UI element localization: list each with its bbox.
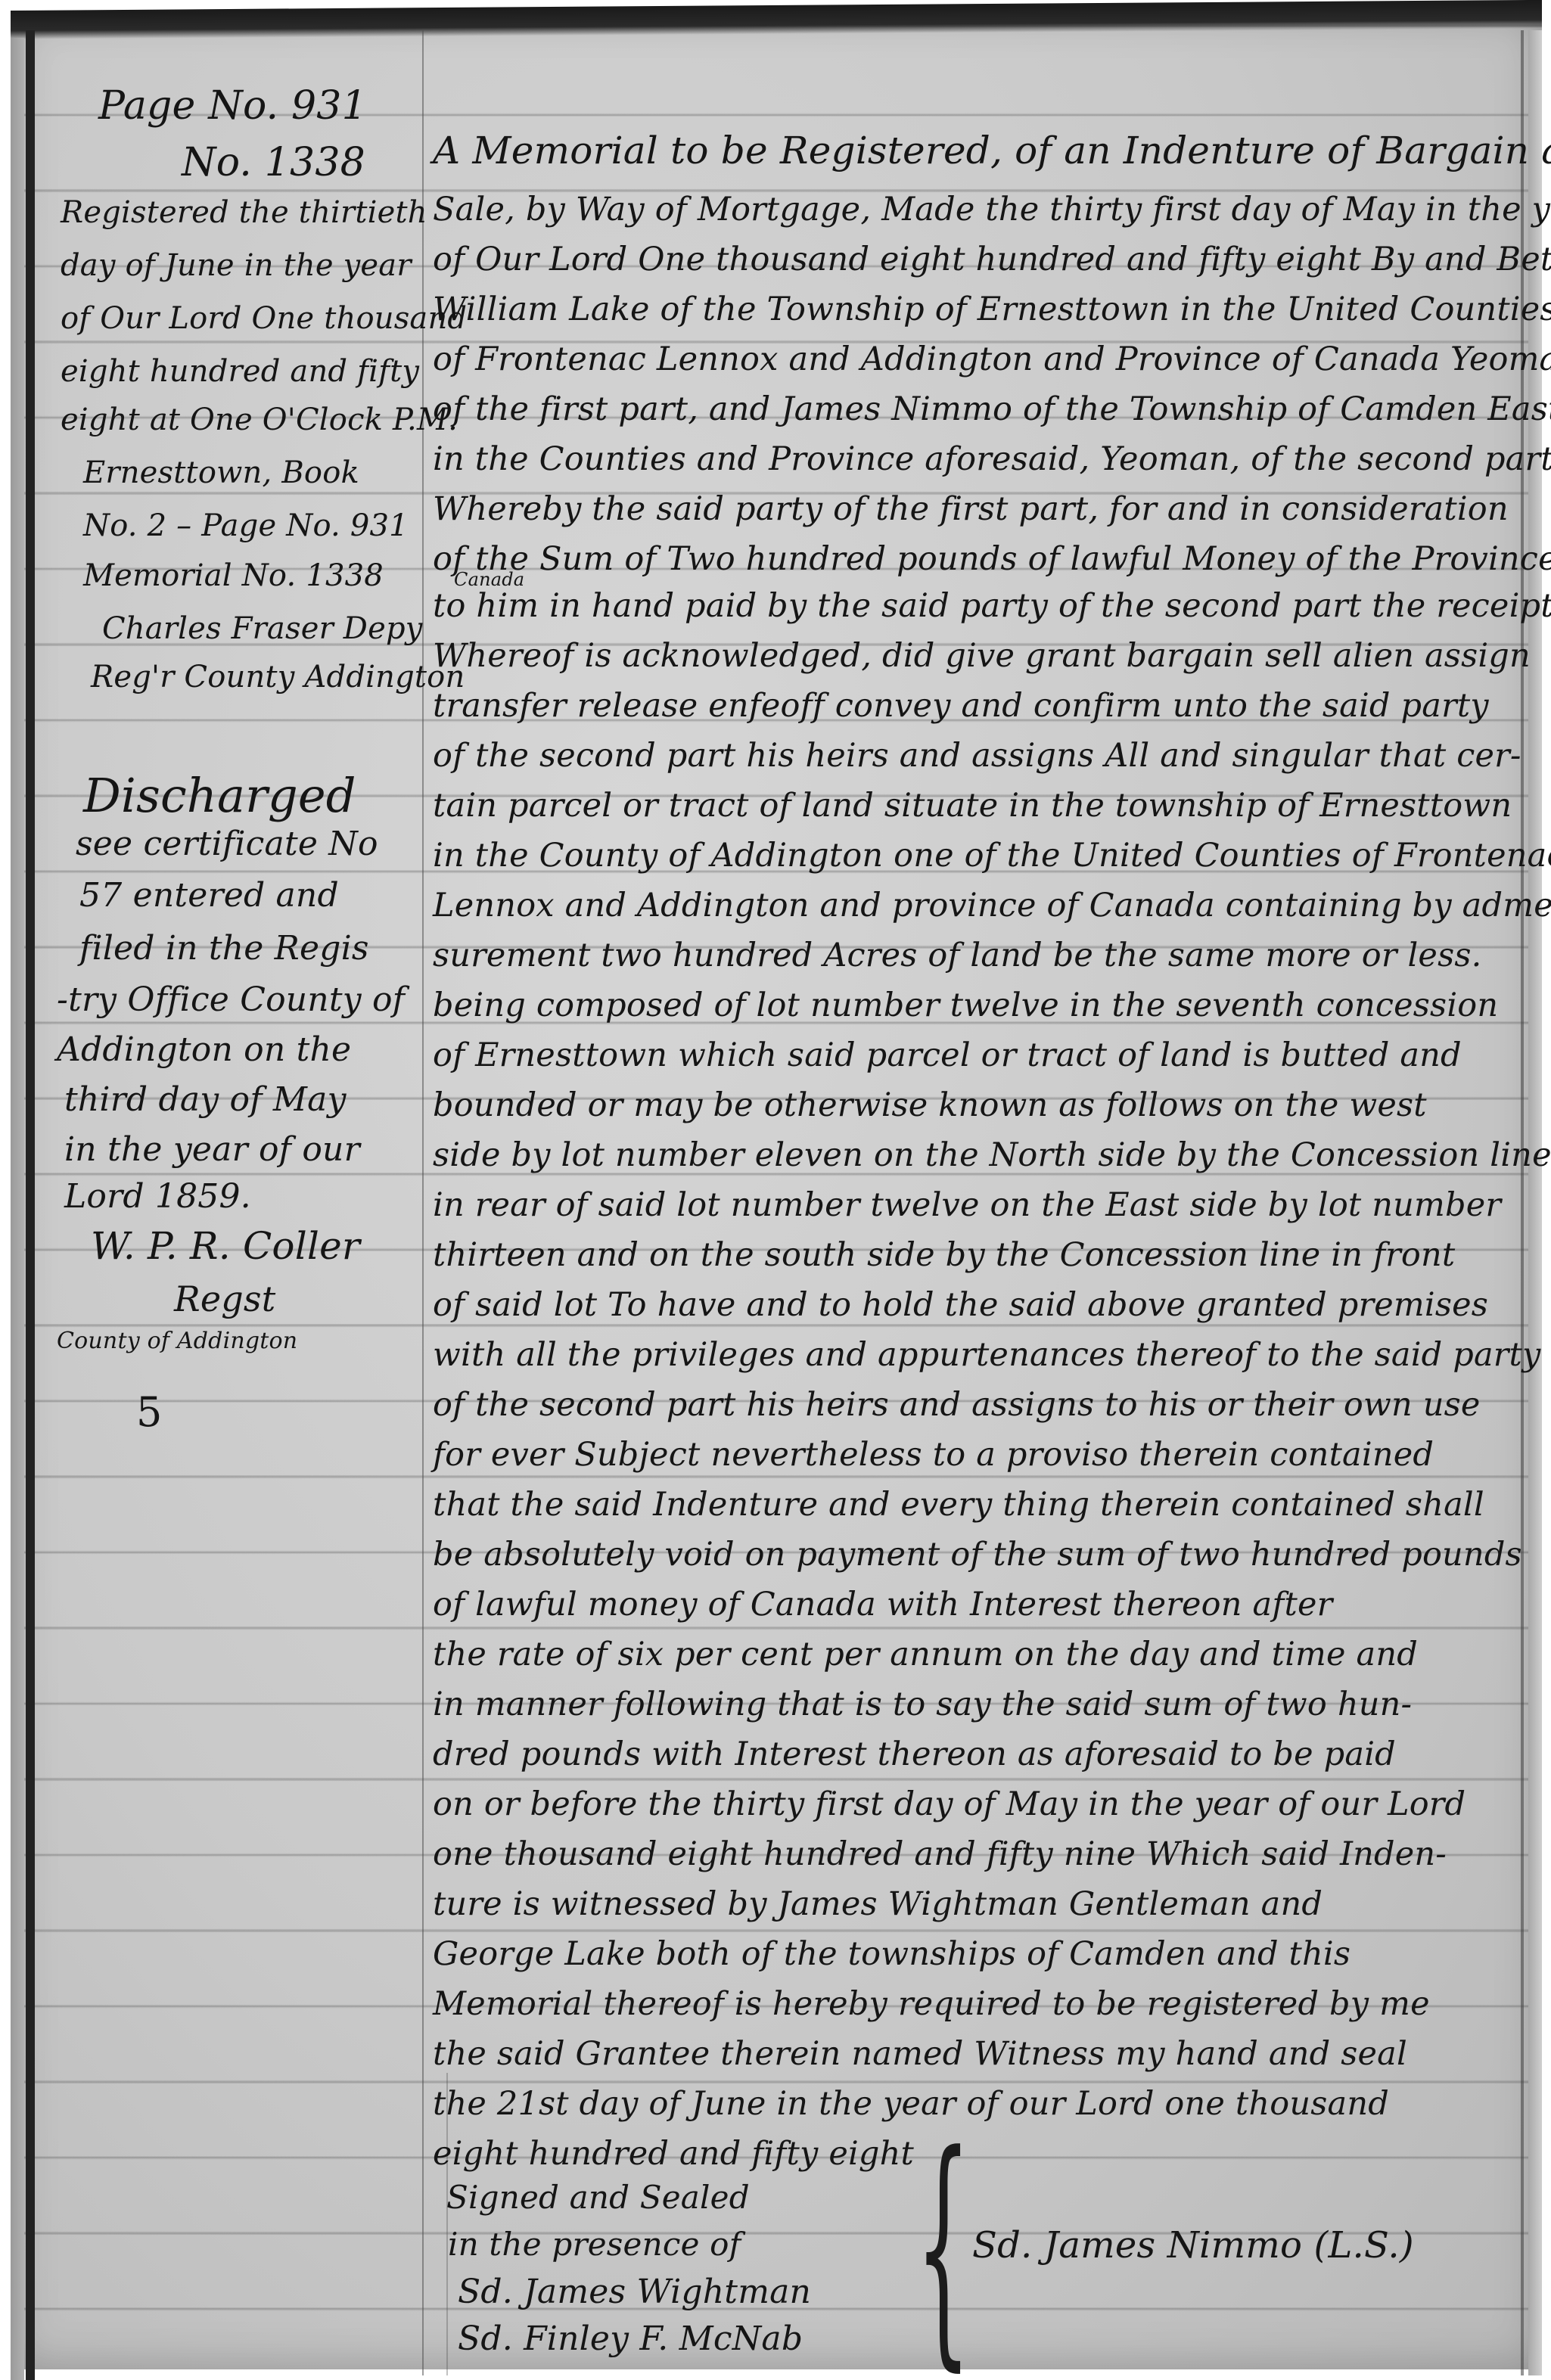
grantee-signature: Sd. James Nimmo (L.S.) — [972, 2224, 1414, 2267]
registration-line: eight hundred and fifty — [61, 354, 419, 389]
witness-signature: Sd. Finley F. McNab — [458, 2319, 803, 2358]
registration-line: of Our Lord One thousand — [61, 301, 467, 336]
registration-line: No. 2 – Page No. 931 — [83, 508, 409, 543]
body-line: of the second part his heirs and assigns… — [433, 737, 1521, 775]
discharge-title: Discharged — [83, 768, 356, 823]
body-line: eight hundred and fifty eight — [433, 2135, 914, 2173]
body-line: in rear of said lot number twelve on the… — [433, 1186, 1501, 1224]
body-line: Whereby the said party of the first part… — [433, 490, 1509, 528]
body-line: thirteen and on the south side by the Co… — [433, 1236, 1455, 1274]
discharge-line: -try Office County of — [57, 980, 405, 1019]
registration-line: day of June in the year — [61, 248, 412, 283]
margin-rule — [422, 30, 424, 2375]
body-line: of lawful money of Canada with Interest … — [433, 1586, 1332, 1623]
body-line: Whereof is acknowledged, did give grant … — [433, 637, 1531, 675]
registration-line: Charles Fraser Depy — [102, 611, 423, 646]
registrar-signature: W. P. R. Coller — [91, 1224, 360, 1268]
registration-line: eight at One O'Clock P.M. — [61, 402, 458, 437]
discharge-line: 57 entered and — [79, 876, 339, 915]
body-line: Memorial thereof is hereby required to b… — [433, 1985, 1430, 2023]
body-line: Lennox and Addington and province of Can… — [433, 887, 1551, 924]
body-line: side by lot number eleven on the North s… — [433, 1136, 1551, 1174]
body-line: the rate of six per cent per annum on th… — [433, 1636, 1418, 1673]
margin-memorial-number: No. 1338 — [182, 140, 365, 185]
discharge-line: in the year of our — [64, 1130, 360, 1169]
margin-mark: 5 — [136, 1388, 163, 1436]
body-line: with all the privileges and appurtenance… — [433, 1336, 1541, 1374]
binding-line — [26, 30, 35, 2380]
body-line: of Ernesttown which said parcel or tract… — [433, 1036, 1462, 1074]
witness-signature: Sd. James Wightman — [458, 2273, 811, 2311]
registration-line: Memorial No. 1338 — [83, 558, 384, 593]
body-line: in manner following that is to say the s… — [433, 1686, 1412, 1723]
right-page-edge — [1521, 30, 1524, 2375]
registration-line: Reg'r County Addington — [91, 660, 465, 694]
right-page-gutter — [1528, 30, 1542, 2375]
body-line: bounded or may be otherwise known as fol… — [433, 1086, 1427, 1124]
body-line: the 21st day of June in the year of our … — [433, 2085, 1389, 2123]
body-line: A Memorial to be Registered, of an Inden… — [433, 129, 1551, 172]
body-line: of the second part his heirs and assigns… — [433, 1386, 1481, 1424]
body-line: on or before the thirty first day of May… — [433, 1785, 1466, 1823]
body-line: being composed of lot number twelve in t… — [433, 986, 1498, 1024]
body-line: of said lot To have and to hold the said… — [433, 1286, 1488, 1324]
discharge-line: Lord 1859. — [64, 1177, 251, 1216]
body-line: transfer release enfeoff convey and conf… — [433, 687, 1489, 725]
discharge-line: filed in the Regis — [79, 929, 369, 968]
body-line: tain parcel or tract of land situate in … — [433, 787, 1512, 825]
body-line: William Lake of the Township of Ernestto… — [433, 291, 1551, 328]
discharge-line: Addington on the — [57, 1030, 351, 1069]
registrar-title: Regst — [174, 1279, 275, 1319]
discharge-county: County of Addington — [57, 1328, 297, 1354]
body-line: one thousand eight hundred and fifty nin… — [433, 1835, 1447, 1873]
brace-icon: { — [915, 2118, 926, 2375]
body-line: for ever Subject nevertheless to a provi… — [433, 1436, 1434, 1474]
body-line: of Our Lord One thousand eight hundred a… — [433, 241, 1551, 278]
body-line: that the said Indenture and every thing … — [433, 1486, 1484, 1524]
discharge-line: third day of May — [64, 1080, 347, 1119]
registration-line: Ernesttown, Book — [83, 455, 359, 490]
body-line: in the County of Addington one of the Un… — [433, 837, 1551, 875]
body-line: of the first part, and James Nimmo of th… — [433, 390, 1551, 428]
body-line: ture is witnessed by James Wightman Gent… — [433, 1885, 1323, 1923]
body-line: dred pounds with Interest thereon as afo… — [433, 1735, 1396, 1773]
signed-sealed: Signed and Sealed — [446, 2179, 750, 2216]
discharge-line: see certificate No — [76, 825, 378, 863]
body-line: surement two hundred Acres of land be th… — [433, 937, 1481, 974]
body-line: of Frontenac Lennox and Addington and Pr… — [433, 340, 1551, 378]
body-line: the said Grantee therein named Witness m… — [433, 2035, 1407, 2073]
in-presence-of: in the presence of — [448, 2226, 741, 2263]
body-line: George Lake both of the townships of Cam… — [433, 1935, 1351, 1973]
body-line: be absolutely void on payment of the sum… — [433, 1536, 1522, 1574]
body-line: in the Counties and Province aforesaid, … — [433, 440, 1551, 478]
margin-page-number: Page No. 931 — [98, 83, 367, 129]
body-line: Sale, by Way of Mortgage, Made the thirt… — [433, 191, 1551, 228]
body-line: to him in hand paid by the said party of… — [433, 587, 1551, 625]
body-line: of the Sum of Two hundred pounds of lawf… — [433, 540, 1551, 578]
registration-line: Registered the thirtieth — [61, 195, 427, 230]
binding-strip — [11, 38, 24, 2380]
